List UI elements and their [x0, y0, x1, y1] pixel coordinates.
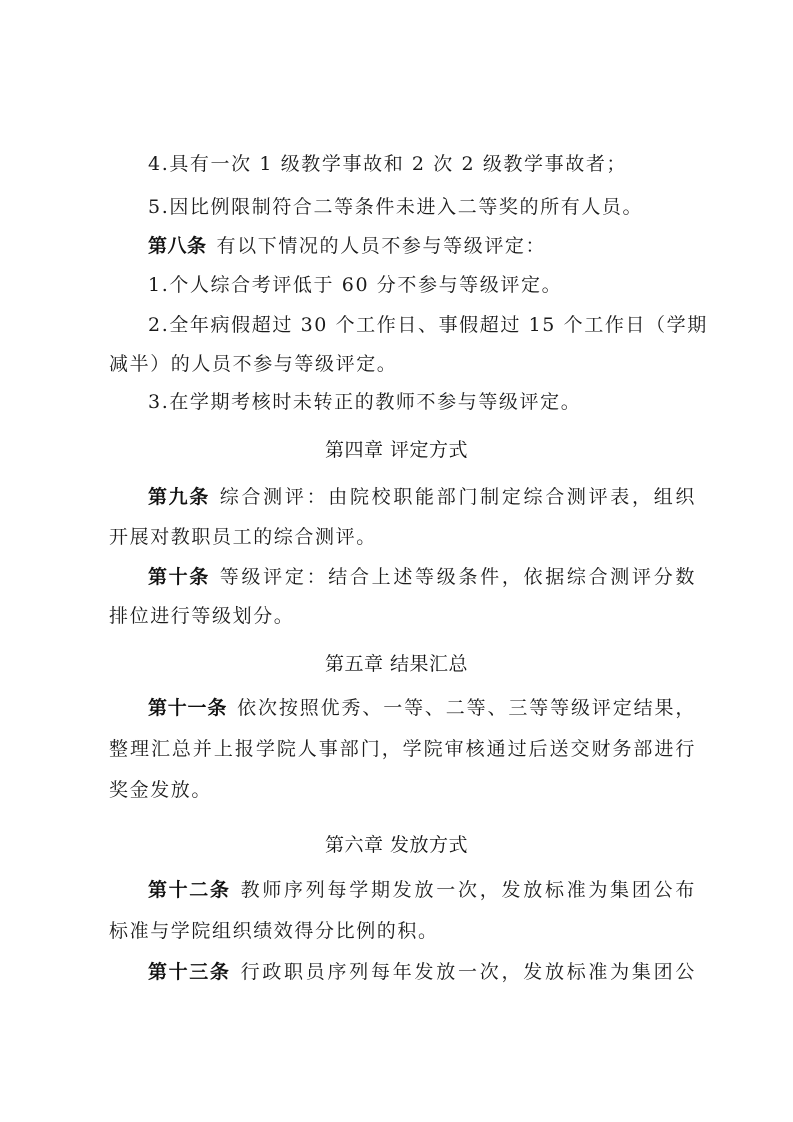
list-item-5: 5.因比例限制符合二等条件未进入二等奖的所有人员。	[148, 195, 696, 219]
article-11-line3: 奖金发放。	[109, 778, 696, 802]
article-12-line2: 标准与学院组织绩效得分比例的积。	[109, 919, 696, 943]
article-12-text: 教师序列每学期发放一次，发放标准为集团公布	[241, 879, 696, 901]
article-9-line1: 第九条综合测评：由院校职能部门制定综合测评表，组织	[148, 485, 696, 509]
chapter-5-title: 第五章 结果汇总	[0, 652, 793, 676]
article-11-line2: 整理汇总并上报学院人事部门，学院审核通过后送交财务部进行	[109, 737, 696, 761]
article-9-label: 第九条	[148, 486, 210, 508]
article-11-label: 第十一条	[148, 697, 227, 719]
article-12-label: 第十二条	[148, 879, 231, 901]
article-8-item-2-line1: 2.全年病假超过 30 个工作日、事假超过 15 个工作日（学期	[148, 313, 696, 337]
article-8-item-3: 3.在学期考核时未转正的教师不参与等级评定。	[148, 390, 696, 414]
article-11-line1: 第十一条依次按照优秀、一等、二等、三等等级评定结果，	[148, 696, 696, 720]
article-8-item-2-line2: 减半）的人员不参与等级评定。	[109, 352, 696, 376]
article-11-text: 依次按照优秀、一等、二等、三等等级评定结果，	[237, 697, 696, 719]
article-10-line1: 第十条等级评定：结合上述等级条件，依据综合测评分数	[148, 565, 696, 589]
article-10-text: 等级评定：结合上述等级条件，依据综合测评分数	[220, 566, 696, 588]
article-8: 第八条有以下情况的人员不参与等级评定：	[148, 234, 696, 258]
article-8-label: 第八条	[148, 235, 207, 257]
chapter-6-title: 第六章 发放方式	[0, 833, 793, 857]
article-13-text: 行政职员序列每年发放一次，发放标准为集团公	[241, 961, 696, 983]
article-8-item-1: 1.个人综合考评低于 60 分不参与等级评定。	[148, 273, 696, 297]
chapter-4-title: 第四章 评定方式	[0, 438, 793, 462]
article-12-line1: 第十二条教师序列每学期发放一次，发放标准为集团公布	[148, 878, 696, 902]
article-9-line2: 开展对教职员工的综合测评。	[109, 525, 696, 549]
article-13-line1: 第十三条行政职员序列每年发放一次，发放标准为集团公	[148, 960, 696, 984]
document-page: 4.具有一次 1 级教学事故和 2 次 2 级教学事故者； 5.因比例限制符合二…	[0, 0, 793, 1122]
article-10-line2: 排位进行等级划分。	[109, 604, 696, 628]
article-9-text: 综合测评：由院校职能部门制定综合测评表，组织	[220, 486, 696, 508]
article-13-label: 第十三条	[148, 961, 231, 983]
list-item-4: 4.具有一次 1 级教学事故和 2 次 2 级教学事故者；	[148, 152, 696, 176]
article-10-label: 第十条	[148, 566, 210, 588]
article-8-text: 有以下情况的人员不参与等级评定：	[217, 235, 547, 257]
